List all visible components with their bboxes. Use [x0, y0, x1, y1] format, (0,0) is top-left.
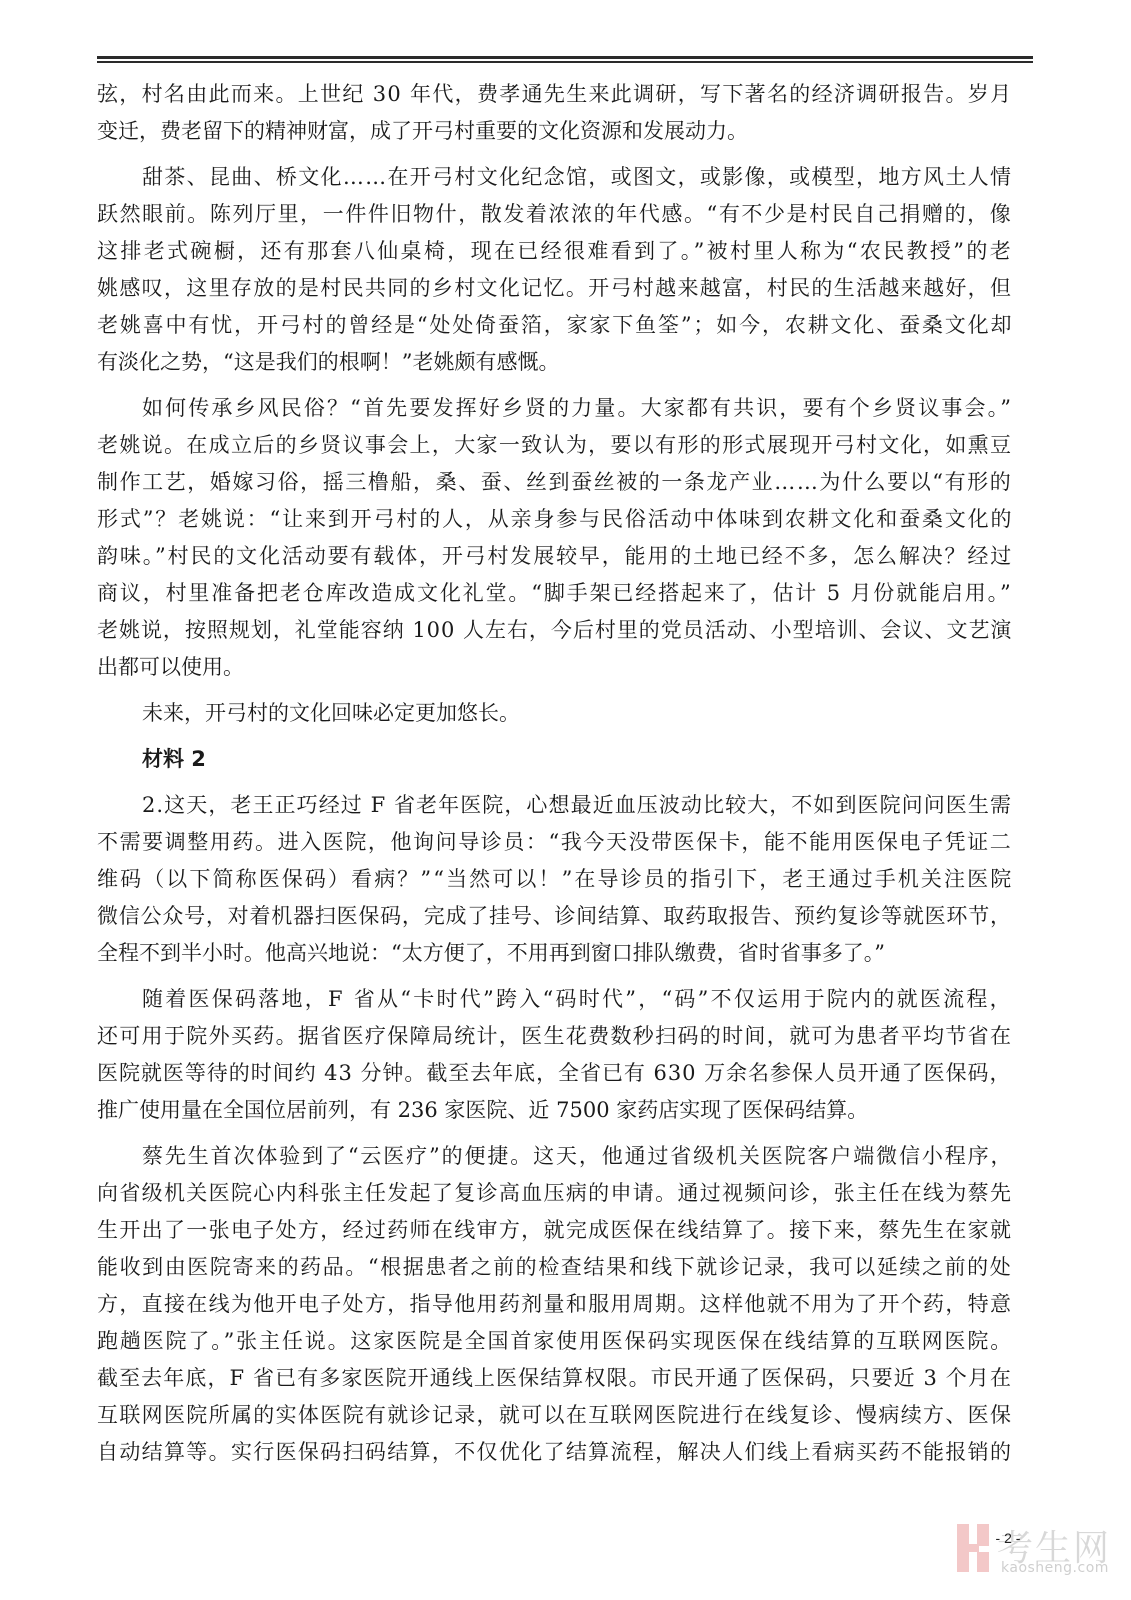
paragraph: 甜茶、昆曲、桥文化……在开弓村文化纪念馆，或图文，或影像，或模型，地方风土人情跃…: [97, 159, 1011, 381]
text-line: 姚感叹，这里存放的是村民共同的乡村文化记忆。开弓村越来越富，村民的生活越来越好，…: [97, 270, 1011, 307]
text-line: 蔡先生首次体验到了“云医疗”的便捷。这天，他通过省级机关医院客户端微信小程序，: [97, 1138, 1011, 1175]
watermark-url: kaosheng.com: [1001, 1560, 1109, 1576]
paragraph: 随着医保码落地，F 省从“卡时代”跨入“码时代”，“码”不仅运用于院内的就医流程…: [97, 981, 1011, 1129]
text-line: 有淡化之势，“这是我们的根啊！”老姚颇有感慨。: [97, 344, 1011, 381]
text-line: 微信公众号，对着机器扫医保码，完成了挂号、诊间结算、取药取报告、预约复诊等就医环…: [97, 898, 1011, 935]
text-line: 韵味。”村民的文化活动要有载体，开弓村发展较早，能用的土地已经不多，怎么解决？经…: [97, 538, 1011, 575]
text-line: 商议，村里准备把老仓库改造成文化礼堂。“脚手架已经搭起来了，估计 5 月份就能启…: [97, 575, 1011, 612]
text-line: 生开出了一张电子处方，经过药师在线审方，就完成医保在线结算了。接下来，蔡先生在家…: [97, 1212, 1011, 1249]
text-line: 全程不到半小时。他高兴地说：“太方便了，不用再到窗口排队缴费，省时省事多了。”: [97, 935, 1011, 972]
text-line: 跃然眼前。陈列厅里，一件件旧物什，散发着浓浓的年代感。“有不少是村民自己捐赠的，…: [97, 196, 1011, 233]
text-line: 跑趟医院了。”张主任说。这家医院是全国首家使用医保码实现医保在线结算的互联网医院…: [97, 1323, 1011, 1360]
header-rule-thick: [97, 56, 1033, 59]
text-line: 维码（以下简称医保码）看病？”“当然可以！”在导诊员的指引下，老王通过手机关注医…: [97, 861, 1011, 898]
page-number: - 2 -: [978, 1530, 1038, 1546]
document-page: 弦，村名由此而来。上世纪 30 年代，费孝通先生来此调研，写下著名的经济调研报告…: [0, 0, 1131, 1600]
text-line: 不需要调整用药。进入医院，他询问导诊员：“我今天没带医保卡，能不能用医保电子凭证…: [97, 824, 1011, 861]
text-line: 形式”？老姚说：“让来到开弓村的人，从亲身参与民俗活动中体味到农耕文化和蚕桑文化…: [97, 501, 1011, 538]
text-line: 自动结算等。实行医保码扫码结算，不仅优化了结算流程，解决人们线上看病买药不能报销…: [97, 1434, 1011, 1471]
text-line: 向省级机关医院心内科张主任发起了复诊高血压病的申请。通过视频问诊，张主任在线为蔡…: [97, 1175, 1011, 1212]
text-line: 弦，村名由此而来。上世纪 30 年代，费孝通先生来此调研，写下著名的经济调研报告…: [97, 76, 1011, 113]
section-title: 材料 2: [97, 741, 1011, 778]
text-line: 老姚说。在成立后的乡贤议事会上，大家一致认为，要以有形的形式展现开弓村文化，如熏…: [97, 427, 1011, 464]
text-line: 医院就医等待的时间约 43 分钟。截至去年底，全省已有 630 万余名参保人员开…: [97, 1055, 1011, 1092]
section-heading: 材料 2: [97, 741, 1011, 778]
text-line: 这排老式碗橱，还有那套八仙桌椅，现在已经很难看到了。”被村里人称为“农民教授”的…: [97, 233, 1011, 270]
text-line: 推广使用量在全国位居前列，有 236 家医院、近 7500 家药店实现了医保码结…: [97, 1092, 1011, 1129]
text-line: 2.这天，老王正巧经过 F 省老年医院，心想最近血压波动比较大，不如到医院问问医…: [97, 787, 1011, 824]
paragraph: 未来，开弓村的文化回味必定更加悠长。: [97, 695, 1011, 732]
text-line: 制作工艺，婚嫁习俗，摇三橹船，桑、蚕、丝到蚕丝被的一条龙产业……为什么要以“有形…: [97, 464, 1011, 501]
paragraph: 如何传承乡风民俗？“首先要发挥好乡贤的力量。大家都有共识，要有个乡贤议事会。”老…: [97, 390, 1011, 686]
text-line: 能收到由医院寄来的药品。“根据患者之前的检查结果和线下就诊记录，我可以延续之前的…: [97, 1249, 1011, 1286]
text-line: 未来，开弓村的文化回味必定更加悠长。: [97, 695, 1011, 732]
text-line: 截至去年底，F 省已有多家医院开通线上医保结算权限。市民开通了医保码，只要近 3…: [97, 1360, 1011, 1397]
text-line: 互联网医院所属的实体医院有就诊记录，就可以在互联网医院进行在线复诊、慢病续方、医…: [97, 1397, 1011, 1434]
text-line: 如何传承乡风民俗？“首先要发挥好乡贤的力量。大家都有共识，要有个乡贤议事会。”: [97, 390, 1011, 427]
header-double-rule: [97, 56, 1033, 63]
text-line: 甜茶、昆曲、桥文化……在开弓村文化纪念馆，或图文，或影像，或模型，地方风土人情: [97, 159, 1011, 196]
text-line: 老姚说，按照规划，礼堂能容纳 100 人左右，今后村里的党员活动、小型培训、会议…: [97, 612, 1011, 649]
text-line: 方，直接在线为他开电子处方，指导他用药剂量和服用周期。这样他就不用为了开个药，特…: [97, 1286, 1011, 1323]
paragraph: 弦，村名由此而来。上世纪 30 年代，费孝通先生来此调研，写下著名的经济调研报告…: [97, 76, 1011, 150]
header-rule-thin: [97, 61, 1033, 63]
text-line: 随着医保码落地，F 省从“卡时代”跨入“码时代”，“码”不仅运用于院内的就医流程…: [97, 981, 1011, 1018]
text-line: 变迁，费老留下的精神财富，成了开弓村重要的文化资源和发展动力。: [97, 113, 1011, 150]
paragraph: 2.这天，老王正巧经过 F 省老年医院，心想最近血压波动比较大，不如到医院问问医…: [97, 787, 1011, 972]
paragraph: 蔡先生首次体验到了“云医疗”的便捷。这天，他通过省级机关医院客户端微信小程序，向…: [97, 1138, 1011, 1471]
text-line: 出都可以使用。: [97, 649, 1011, 686]
text-line: 还可用于院外买药。据省医疗保障局统计，医生花费数秒扫码的时间，就可为患者平均节省…: [97, 1018, 1011, 1055]
text-line: 老姚喜中有忧，开弓村的曾经是“处处倚蚕箔，家家下鱼筌”；如今，农耕文化、蚕桑文化…: [97, 307, 1011, 344]
document-body: 弦，村名由此而来。上世纪 30 年代，费孝通先生来此调研，写下著名的经济调研报告…: [97, 76, 1011, 1480]
